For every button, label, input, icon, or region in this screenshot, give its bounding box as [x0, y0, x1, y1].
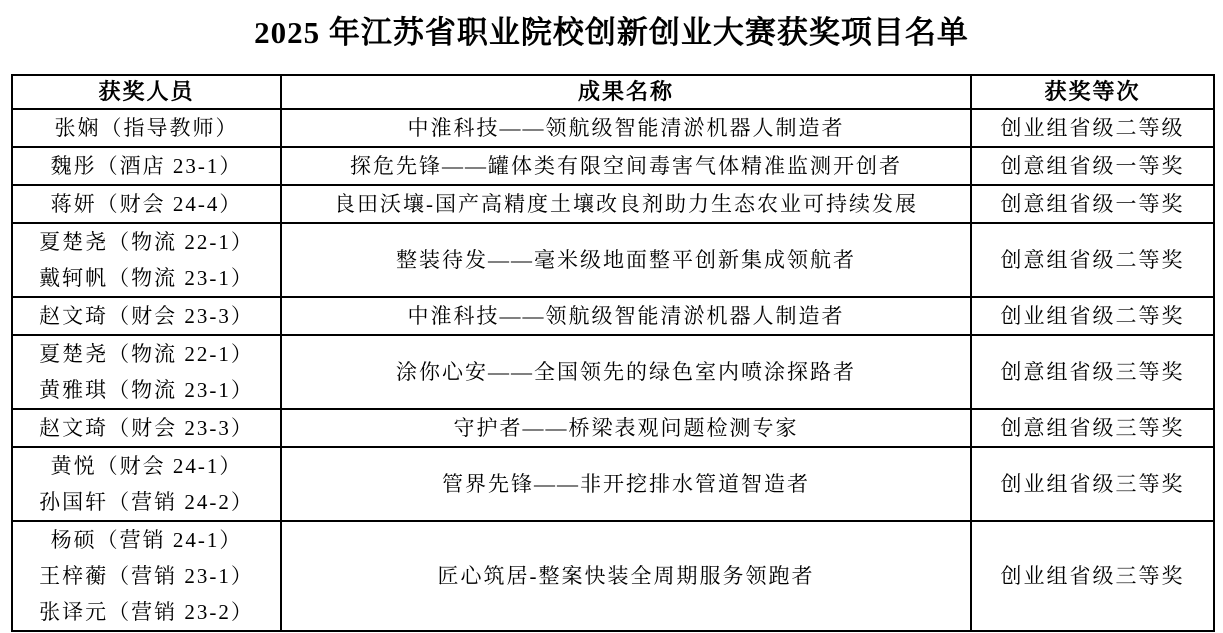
people-cell: 魏彤（酒店 23-1）: [12, 147, 281, 185]
header-row: 获奖人员 成果名称 获奖等次: [12, 75, 1214, 109]
person-name: 夏楚尧（物流 22-1）: [17, 224, 276, 260]
award-cell: 创意组省级三等奖: [971, 335, 1214, 409]
person-name: 张译元（营销 23-2）: [17, 594, 276, 630]
person-name: 赵文琦（财会 23-3）: [17, 298, 276, 334]
awards-table: 获奖人员 成果名称 获奖等次 张娴（指导教师） 中淮科技——领航级智能清淤机器人…: [11, 74, 1215, 632]
award-cell: 创业组省级三等奖: [971, 521, 1214, 631]
project-cell: 涂你心安——全国领先的绿色室内喷涂探路者: [281, 335, 971, 409]
col-header-award: 获奖等次: [971, 75, 1214, 109]
award-cell: 创意组省级二等奖: [971, 223, 1214, 297]
project-cell: 良田沃壤-国产高精度土壤改良剂助力生态农业可持续发展: [281, 185, 971, 223]
table-row: 夏楚尧（物流 22-1） 黄雅琪（物流 23-1） 涂你心安——全国领先的绿色室…: [12, 335, 1214, 409]
table-body: 张娴（指导教师） 中淮科技——领航级智能清淤机器人制造者 创业组省级二等级 魏彤…: [12, 109, 1214, 631]
project-cell: 匠心筑居-整案快装全周期服务领跑者: [281, 521, 971, 631]
people-cell: 杨硕（营销 24-1） 王梓蘅（营销 23-1） 张译元（营销 23-2）: [12, 521, 281, 631]
table-row: 张娴（指导教师） 中淮科技——领航级智能清淤机器人制造者 创业组省级二等级: [12, 109, 1214, 147]
project-cell: 中淮科技——领航级智能清淤机器人制造者: [281, 297, 971, 335]
page-title: 2025 年江苏省职业院校创新创业大赛获奖项目名单: [0, 0, 1223, 53]
award-cell: 创业组省级二等级: [971, 109, 1214, 147]
people-cell: 赵文琦（财会 23-3）: [12, 409, 281, 447]
person-name: 王梓蘅（营销 23-1）: [17, 558, 276, 594]
people-cell: 黄悦（财会 24-1） 孙国轩（营销 24-2）: [12, 447, 281, 521]
project-cell: 守护者——桥梁表观问题检测专家: [281, 409, 971, 447]
people-cell: 张娴（指导教师）: [12, 109, 281, 147]
people-cell: 夏楚尧（物流 22-1） 黄雅琪（物流 23-1）: [12, 335, 281, 409]
table-row: 赵文琦（财会 23-3） 守护者——桥梁表观问题检测专家 创意组省级三等奖: [12, 409, 1214, 447]
project-cell: 整装待发——毫米级地面整平创新集成领航者: [281, 223, 971, 297]
people-cell: 夏楚尧（物流 22-1） 戴轲帆（物流 23-1）: [12, 223, 281, 297]
table-row: 夏楚尧（物流 22-1） 戴轲帆（物流 23-1） 整装待发——毫米级地面整平创…: [12, 223, 1214, 297]
person-name: 黄悦（财会 24-1）: [17, 448, 276, 484]
table-row: 蒋妍（财会 24-4） 良田沃壤-国产高精度土壤改良剂助力生态农业可持续发展 创…: [12, 185, 1214, 223]
document-page: 2025 年江苏省职业院校创新创业大赛获奖项目名单 获奖人员 成果名称 获奖等次…: [0, 0, 1223, 633]
person-name: 戴轲帆（物流 23-1）: [17, 260, 276, 296]
col-header-project: 成果名称: [281, 75, 971, 109]
person-name: 黄雅琪（物流 23-1）: [17, 372, 276, 408]
table-row: 黄悦（财会 24-1） 孙国轩（营销 24-2） 管界先锋——非开挖排水管道智造…: [12, 447, 1214, 521]
person-name: 魏彤（酒店 23-1）: [17, 148, 276, 184]
person-name: 赵文琦（财会 23-3）: [17, 410, 276, 446]
award-cell: 创意组省级三等奖: [971, 409, 1214, 447]
person-name: 张娴（指导教师）: [17, 110, 276, 146]
table-row: 杨硕（营销 24-1） 王梓蘅（营销 23-1） 张译元（营销 23-2） 匠心…: [12, 521, 1214, 631]
table-row: 赵文琦（财会 23-3） 中淮科技——领航级智能清淤机器人制造者 创业组省级二等…: [12, 297, 1214, 335]
person-name: 蒋妍（财会 24-4）: [17, 186, 276, 222]
person-name: 夏楚尧（物流 22-1）: [17, 336, 276, 372]
table-header: 获奖人员 成果名称 获奖等次: [12, 75, 1214, 109]
people-cell: 赵文琦（财会 23-3）: [12, 297, 281, 335]
project-cell: 中淮科技——领航级智能清淤机器人制造者: [281, 109, 971, 147]
award-cell: 创意组省级一等奖: [971, 147, 1214, 185]
person-name: 杨硕（营销 24-1）: [17, 522, 276, 558]
person-name: 孙国轩（营销 24-2）: [17, 484, 276, 520]
award-cell: 创业组省级三等奖: [971, 447, 1214, 521]
table-row: 魏彤（酒店 23-1） 探危先锋——罐体类有限空间毒害气体精准监测开创者 创意组…: [12, 147, 1214, 185]
col-header-people: 获奖人员: [12, 75, 281, 109]
project-cell: 管界先锋——非开挖排水管道智造者: [281, 447, 971, 521]
people-cell: 蒋妍（财会 24-4）: [12, 185, 281, 223]
project-cell: 探危先锋——罐体类有限空间毒害气体精准监测开创者: [281, 147, 971, 185]
award-cell: 创意组省级一等奖: [971, 185, 1214, 223]
award-cell: 创业组省级二等奖: [971, 297, 1214, 335]
